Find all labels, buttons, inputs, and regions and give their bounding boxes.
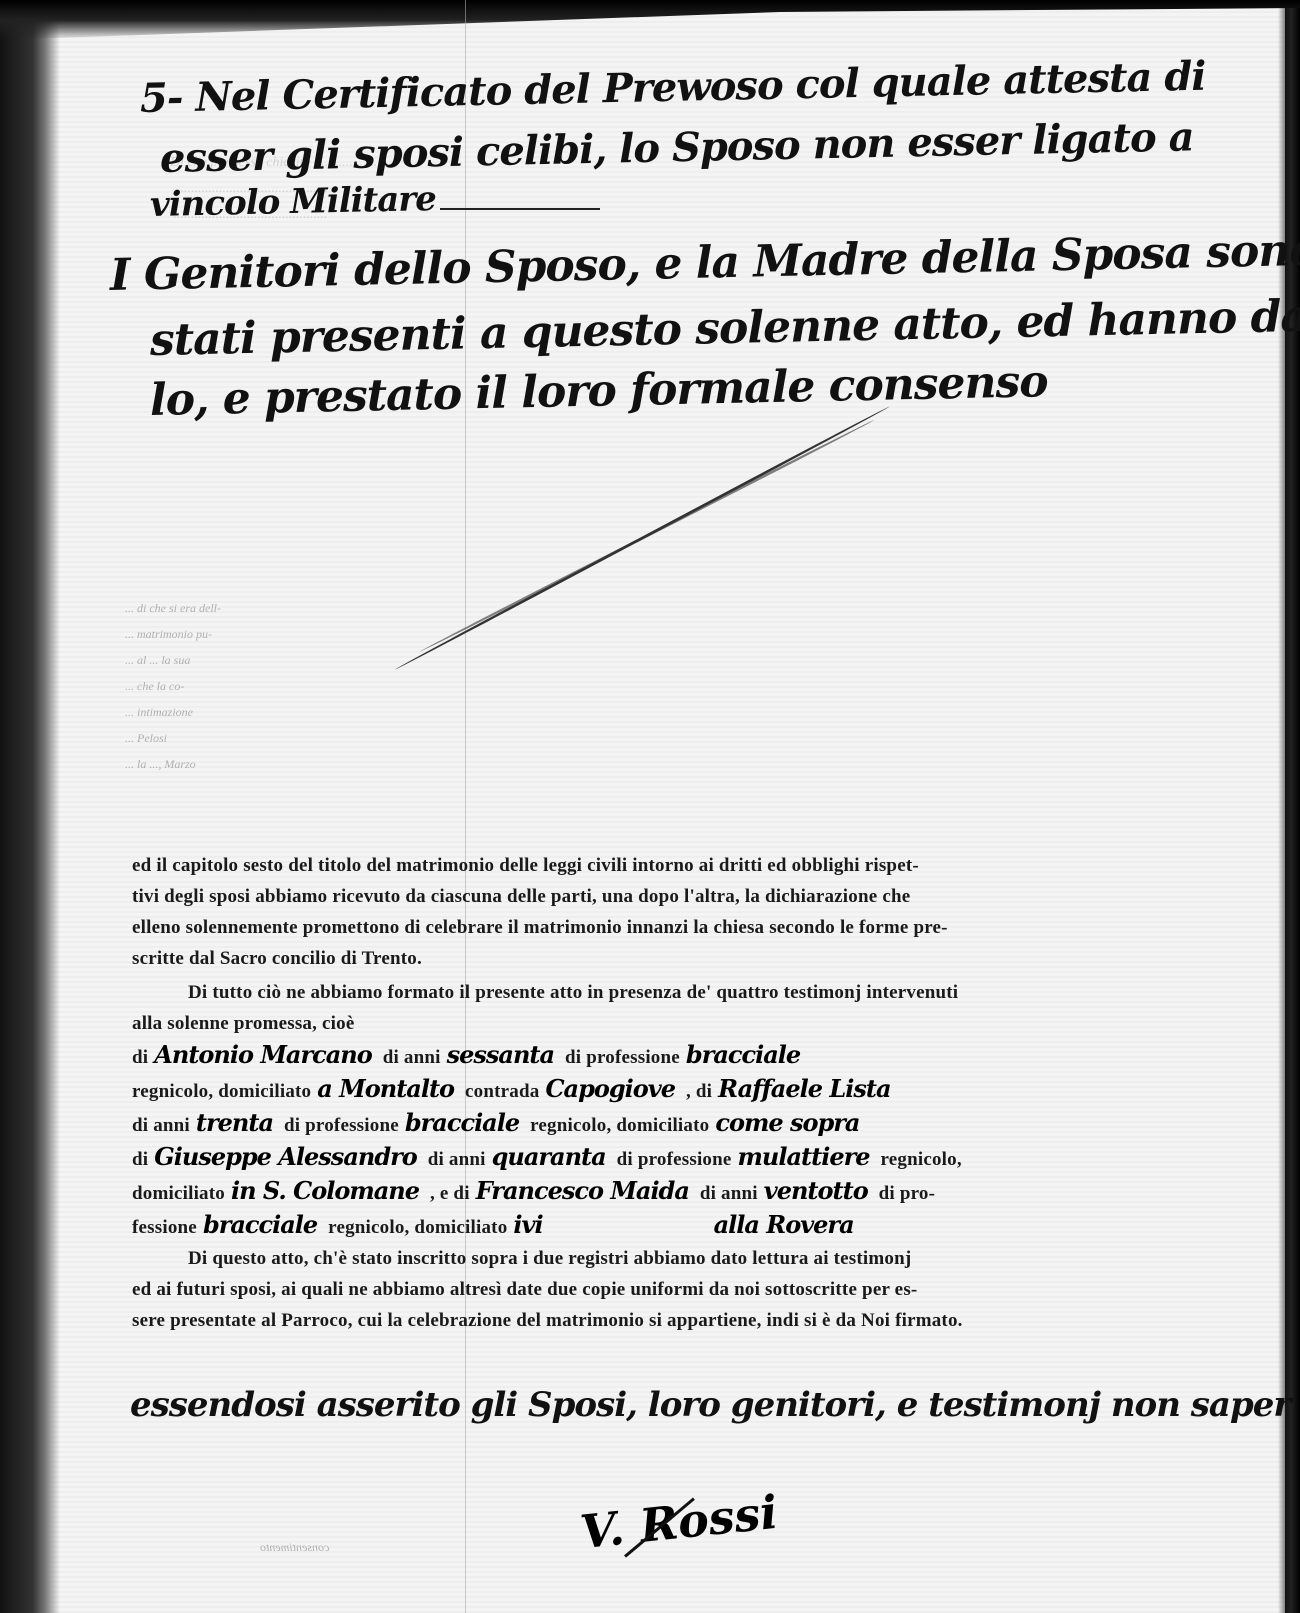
printed-line: Di tutto ciò ne abbiamo formato il prese… [132,977,1242,1008]
label: regnicolo, domiciliato [328,1217,507,1238]
label: di professione [617,1149,732,1170]
printed-line: ed ai futuri sposi, ai quali ne abbiamo … [132,1274,1242,1305]
bleed-line: ... la ..., Marzo [125,751,221,777]
handwritten-note-line: vincolo Militare [150,179,437,225]
witness-1-profession: bracciale [686,1040,800,1069]
label: regnicolo, domiciliato [530,1115,709,1136]
label: regnicolo, domiciliato [132,1081,311,1102]
witness-line-1: diAntonio Marcano di annisessanta di pro… [132,1039,1242,1073]
witness-line-5: domiciliatoin S. Colomane , e diFrancesc… [132,1175,1242,1209]
label: , di [686,1081,712,1102]
witness-2-profession: bracciale [405,1108,519,1137]
witness-3-residence: in S. Colomane [231,1176,419,1205]
book-binding-edge [0,0,60,1613]
bleed-line: ... al ... la sua [125,647,221,673]
label: di [132,1047,148,1068]
witness-3-name: Giuseppe Alessandro [154,1142,417,1171]
printed-line: tivi degli sposi abbiamo ricevuto da cia… [132,881,1242,912]
witness-line-2: regnicolo, domiciliatoa Montalto contrad… [132,1073,1242,1107]
label: di professione [284,1115,399,1136]
printed-line: ed il capitolo sesto del titolo del matr… [132,850,1242,881]
label: di pro- [879,1183,935,1204]
label: di professione [565,1047,680,1068]
bleed-line: ... che la co- [125,673,221,699]
witness-2-age: trenta [196,1108,273,1137]
printed-line: scritte dal Sacro concilio di Trento. [132,943,1242,974]
handwritten-closing-note: essendosi asserito gli Sposi, loro genit… [130,1385,1300,1425]
label: regnicolo, [880,1149,961,1170]
bleed-through-bottom: consentimento [260,1540,329,1555]
label: fessione [132,1217,197,1238]
witness-1-residence: a Montalto [317,1074,454,1103]
printed-line: alla solenne promessa, cioè [132,1008,1242,1039]
label: di [132,1149,148,1170]
label: , e di [430,1183,470,1204]
label: domiciliato [132,1183,225,1204]
label: di anni [132,1115,190,1136]
witness-line-4: diGiuseppe Alessandro di anniquaranta di… [132,1141,1242,1175]
label: di anni [700,1183,758,1204]
witness-4-age: ventotto [764,1176,868,1205]
witness-1-street: Capogiove [545,1074,675,1103]
label: di anni [428,1149,486,1170]
witness-line-6: fessionebracciale regnicolo, domiciliato… [132,1209,1242,1243]
printed-line: sere presentate al Parroco, cui la celeb… [132,1305,1242,1336]
witness-4-residence: ivi [513,1210,542,1239]
witness-2-name: Raffaele Lista [718,1074,890,1103]
witness-4-residence-extra: alla Rovera [714,1210,854,1239]
printed-line: elleno solennemente promettono di celebr… [132,912,1242,943]
witness-3-profession: mulattiere [738,1142,870,1171]
witness-1-age: sessanta [447,1040,554,1069]
witness-line-3: di annitrenta di professionebracciale re… [132,1107,1242,1141]
bleed-line: ... di che si era dell- [125,595,221,621]
bleed-line: ... Pelosi [125,725,221,751]
witness-4-profession: bracciale [203,1210,317,1239]
label: contrada [465,1081,539,1102]
printed-paragraph-1: ed il capitolo sesto del titolo del matr… [132,850,1242,1336]
label: di anni [383,1047,441,1068]
bleed-through-left: ... di che si era dell- ... matrimonio p… [125,595,221,777]
witness-2-residence: come sopra [715,1108,859,1137]
underline-stroke [440,208,600,210]
witness-4-name: Francesco Maida [476,1176,689,1205]
printed-line: Di questo atto, ch'è stato inscritto sop… [132,1243,1242,1274]
witness-3-age: quaranta [492,1142,606,1171]
witness-1-name: Antonio Marcano [154,1040,371,1069]
bleed-line: ... intimazione [125,699,221,725]
bleed-line: ... matrimonio pu- [125,621,221,647]
